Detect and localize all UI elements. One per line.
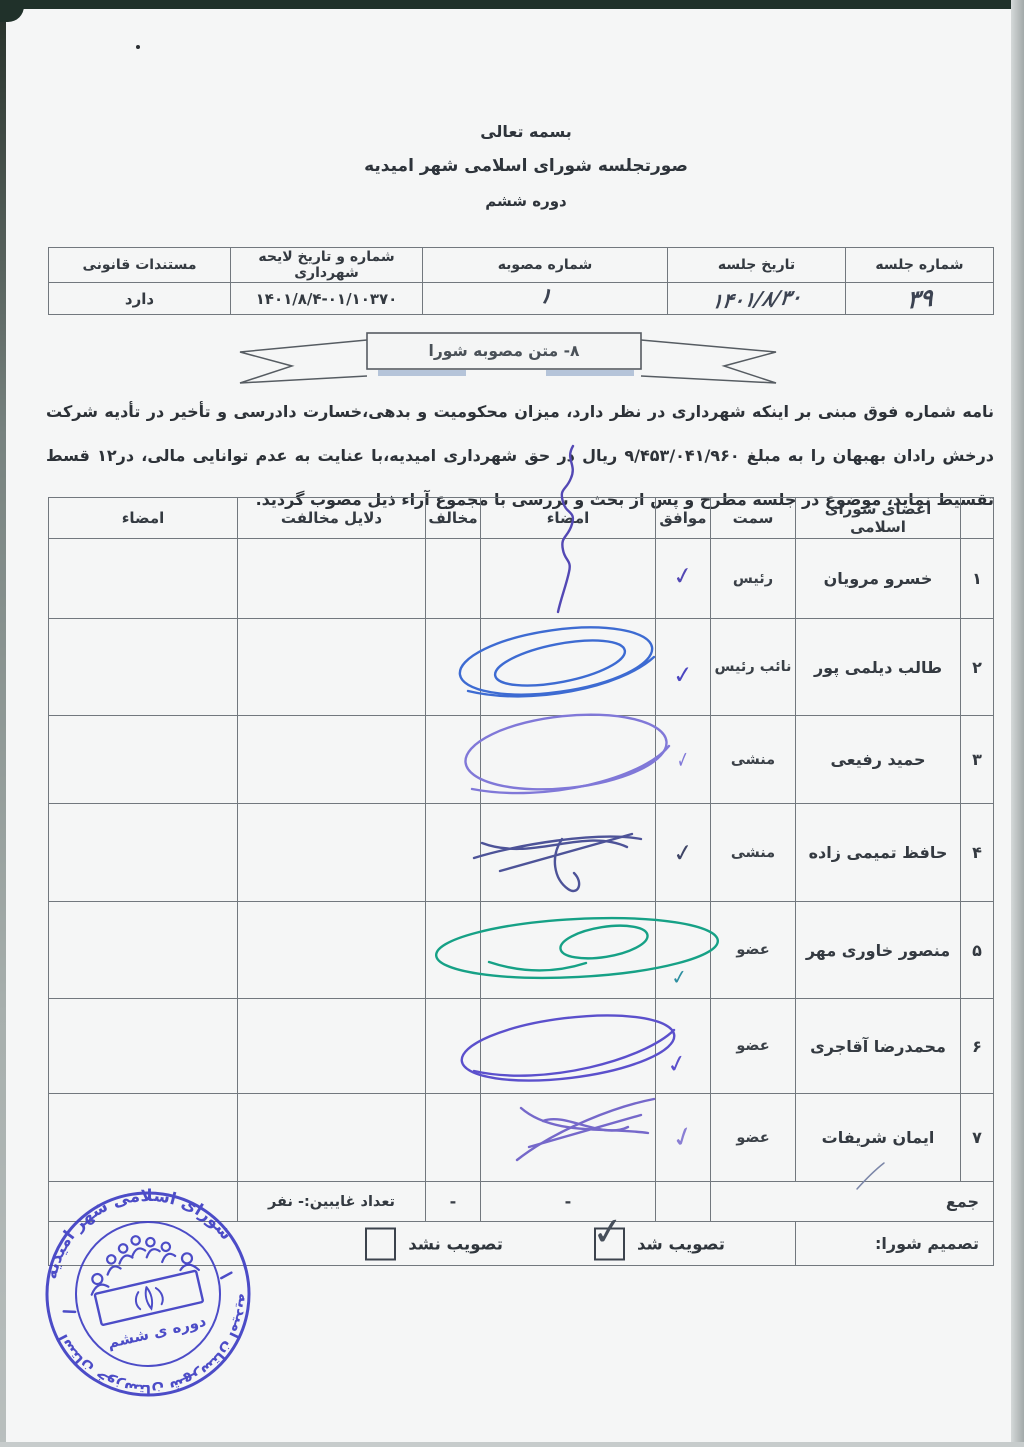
row-no: ۱ <box>961 539 994 619</box>
scan-edge-bottom <box>0 1442 1024 1447</box>
oppose-reasons-cell <box>238 619 426 716</box>
oppose-signature-cell <box>49 619 238 716</box>
decision-row: تصمیم شورا: تصویب شد ✓ تصویب نشد <box>49 1222 994 1266</box>
signature-cell <box>481 804 656 902</box>
row-no: ۳ <box>961 716 994 804</box>
agree-check-icon: ✓ <box>672 660 695 690</box>
member-name: منصور خاوری مهر <box>796 902 961 999</box>
signature-cell <box>481 1094 656 1182</box>
scan-corner <box>0 0 24 22</box>
absent-count-note: تعداد غایبین:- نفر <box>238 1182 426 1222</box>
info-header-row: شماره جلسه تاریخ جلسه شماره مصوبه شماره … <box>49 248 994 283</box>
rejected-option: تصویب نشد <box>365 1227 503 1260</box>
oppose-reasons-cell <box>238 902 426 999</box>
signature-cell <box>481 902 656 999</box>
member-position: نائب رئیس <box>711 619 796 716</box>
header-position: سمت <box>711 498 796 539</box>
agree-check-icon: ✓ <box>671 837 695 868</box>
stamp-side-ticks <box>64 1273 232 1315</box>
header-bill-no-date: شماره و تاریخ لایحه شهرداری <box>231 248 423 283</box>
header-members: اعضای شورای اسلامی <box>796 498 961 539</box>
term-line: دوره ششم <box>26 192 1024 210</box>
agree-cell: ✓ <box>656 999 711 1094</box>
agree-cell: ✓ <box>656 716 711 804</box>
stamp-banner-box <box>95 1271 204 1326</box>
signature-cell <box>481 619 656 716</box>
decision-options-cell: تصویب شد ✓ تصویب نشد <box>49 1222 796 1266</box>
header-oppose-reasons: دلایل مخالفت <box>238 498 426 539</box>
oppose-reasons-cell <box>238 716 426 804</box>
approved-label: تصویب شد <box>637 1234 725 1253</box>
member-name: ایمان شریفات <box>796 1094 961 1182</box>
bill-no-date-value: ۱۴۰۱/۸/۴-۰۱/۱۰۳۷۰ <box>231 283 423 315</box>
oppose-cell <box>426 1094 481 1182</box>
member-row: ۱ خسرو مرویان رئیس ✓ <box>49 539 994 619</box>
header-oppose: مخالف <box>426 498 481 539</box>
agree-cell: ✓ <box>656 619 711 716</box>
approved-checkbox: ✓ <box>594 1227 625 1260</box>
header-session-date: تاریخ جلسه <box>668 248 846 283</box>
member-position: منشی <box>711 716 796 804</box>
oppose-signature-cell <box>49 999 238 1094</box>
member-name: طالب دیلمی پور <box>796 619 961 716</box>
header-legal-docs: مستندات قانونی <box>49 248 231 283</box>
oppose-reasons-cell <box>238 999 426 1094</box>
ink-speck <box>136 45 140 49</box>
session-no-value: ۳۹ <box>846 283 994 315</box>
total-oppose-signature-cell <box>49 1182 238 1222</box>
member-position: رئیس <box>711 539 796 619</box>
oppose-cell <box>426 716 481 804</box>
row-no: ۷ <box>961 1094 994 1182</box>
agree-check-icon: ✓ <box>664 1048 689 1080</box>
legal-docs-value: دارد <box>49 283 231 315</box>
agree-cell: ✓ <box>656 539 711 619</box>
bismillah-line: بسمه تعالی <box>26 122 1024 141</box>
member-position: عضو <box>711 999 796 1094</box>
row-no: ۲ <box>961 619 994 716</box>
agree-check-icon: ✓ <box>669 964 689 990</box>
vote-header-row: اعضای شورای اسلامی سمت موافق امضاء مخالف… <box>49 498 994 539</box>
oppose-signature-cell <box>49 902 238 999</box>
member-name: حافظ تمیمی زاده <box>796 804 961 902</box>
stamp-arc-bottom-text: استان خوزستان شهرستان امیدیه <box>52 1289 271 1420</box>
approved-option: تصویب شد ✓ <box>594 1227 725 1260</box>
scan-edge-top <box>0 0 1024 9</box>
section-banner-label: ۸- متن مصوبه شورا <box>367 335 641 367</box>
member-name: حمید رفیعی <box>796 716 961 804</box>
signature-cell <box>481 999 656 1094</box>
member-row: ۵ منصور خاوری مهر عضو ✓ <box>49 902 994 999</box>
scan-edge-right <box>1011 0 1024 1447</box>
decision-label: تصمیم شورا: <box>796 1222 994 1266</box>
total-row: جمع - - تعداد غایبین:- نفر <box>49 1182 994 1222</box>
oppose-cell <box>426 804 481 902</box>
handwritten-approval-no: ۱ <box>537 283 555 310</box>
member-position: عضو <box>711 1094 796 1182</box>
signature-cell <box>481 716 656 804</box>
session-date-value: ۱۴۰۱/۸/۳۰ <box>668 283 846 315</box>
oppose-cell <box>426 539 481 619</box>
row-no: ۶ <box>961 999 994 1094</box>
member-row: ۷ ایمان شریفات عضو ✓ <box>49 1094 994 1182</box>
session-info-table: شماره جلسه تاریخ جلسه شماره مصوبه شماره … <box>48 247 994 315</box>
scanned-council-minutes-page: بسمه تعالی صورتجلسه شورای اسلامی شهر امی… <box>0 0 1024 1447</box>
handwritten-session-date: ۱۴۰۱/۸/۳۰ <box>710 284 804 313</box>
member-row: ۳ حمید رفیعی منشی ✓ <box>49 716 994 804</box>
agree-check-icon: ✓ <box>676 745 689 773</box>
member-position: عضو <box>711 902 796 999</box>
header-signature: امضاء <box>481 498 656 539</box>
member-name: خسرو مرویان <box>796 539 961 619</box>
approved-check-icon: ✓ <box>590 1207 626 1254</box>
oppose-reasons-cell <box>238 1094 426 1182</box>
member-row: ۶ محمدرضا آقاجری عضو ✓ <box>49 999 994 1094</box>
rejected-label: تصویب نشد <box>408 1234 503 1253</box>
total-signature-dash: - <box>481 1182 656 1222</box>
page-title: صورتجلسه شورای اسلامی شهر امیدیه <box>26 156 1024 176</box>
member-row: ۲ طالب دیلمی پور نائب رئیس ✓ <box>49 619 994 716</box>
agree-check-icon: ✓ <box>671 560 696 591</box>
agree-cell: ✓ <box>656 1094 711 1182</box>
header-row-no <box>961 498 994 539</box>
member-row: ۴ حافظ تمیمی زاده منشی ✓ <box>49 804 994 902</box>
header-agree: موافق <box>656 498 711 539</box>
oppose-cell <box>426 902 481 999</box>
row-no: ۵ <box>961 902 994 999</box>
handwritten-session-no: ۳۹ <box>906 283 932 314</box>
scan-edge-left <box>0 0 6 1447</box>
section-ribbon: ۸- متن مصوبه شورا <box>228 326 788 384</box>
stamp-term-text: دوره ی ششم <box>106 1312 208 1352</box>
oppose-cell <box>426 619 481 716</box>
total-agree-cell <box>656 1182 711 1222</box>
row-no: ۴ <box>961 804 994 902</box>
signature-cell <box>481 539 656 619</box>
oppose-signature-cell <box>49 539 238 619</box>
info-value-row: ۳۹ ۱۴۰۱/۸/۳۰ ۱ ۱۴۰۱/۸/۴-۰۱/۱۰۳۷۰ دارد <box>49 283 994 315</box>
agree-cell: ✓ <box>656 804 711 902</box>
oppose-reasons-cell <box>238 539 426 619</box>
approval-no-value: ۱ <box>423 283 668 315</box>
total-oppose-dash: - <box>426 1182 481 1222</box>
oppose-signature-cell <box>49 716 238 804</box>
stamp-allah-emblem <box>133 1284 164 1311</box>
oppose-cell <box>426 999 481 1094</box>
member-name: محمدرضا آقاجری <box>796 999 961 1094</box>
header-oppose-signature: امضاء <box>49 498 238 539</box>
oppose-reasons-cell <box>238 804 426 902</box>
header-session-no: شماره جلسه <box>846 248 994 283</box>
oppose-signature-cell <box>49 804 238 902</box>
oppose-signature-cell <box>49 1094 238 1182</box>
agree-cell: ✓ <box>656 902 711 999</box>
rejected-checkbox <box>365 1227 396 1260</box>
member-position: منشی <box>711 804 796 902</box>
members-vote-table: اعضای شورای اسلامی سمت موافق امضاء مخالف… <box>48 497 994 1266</box>
total-label: جمع <box>711 1182 994 1222</box>
header-approval-no: شماره مصوبه <box>423 248 668 283</box>
agree-check-icon: ✓ <box>667 1119 698 1155</box>
